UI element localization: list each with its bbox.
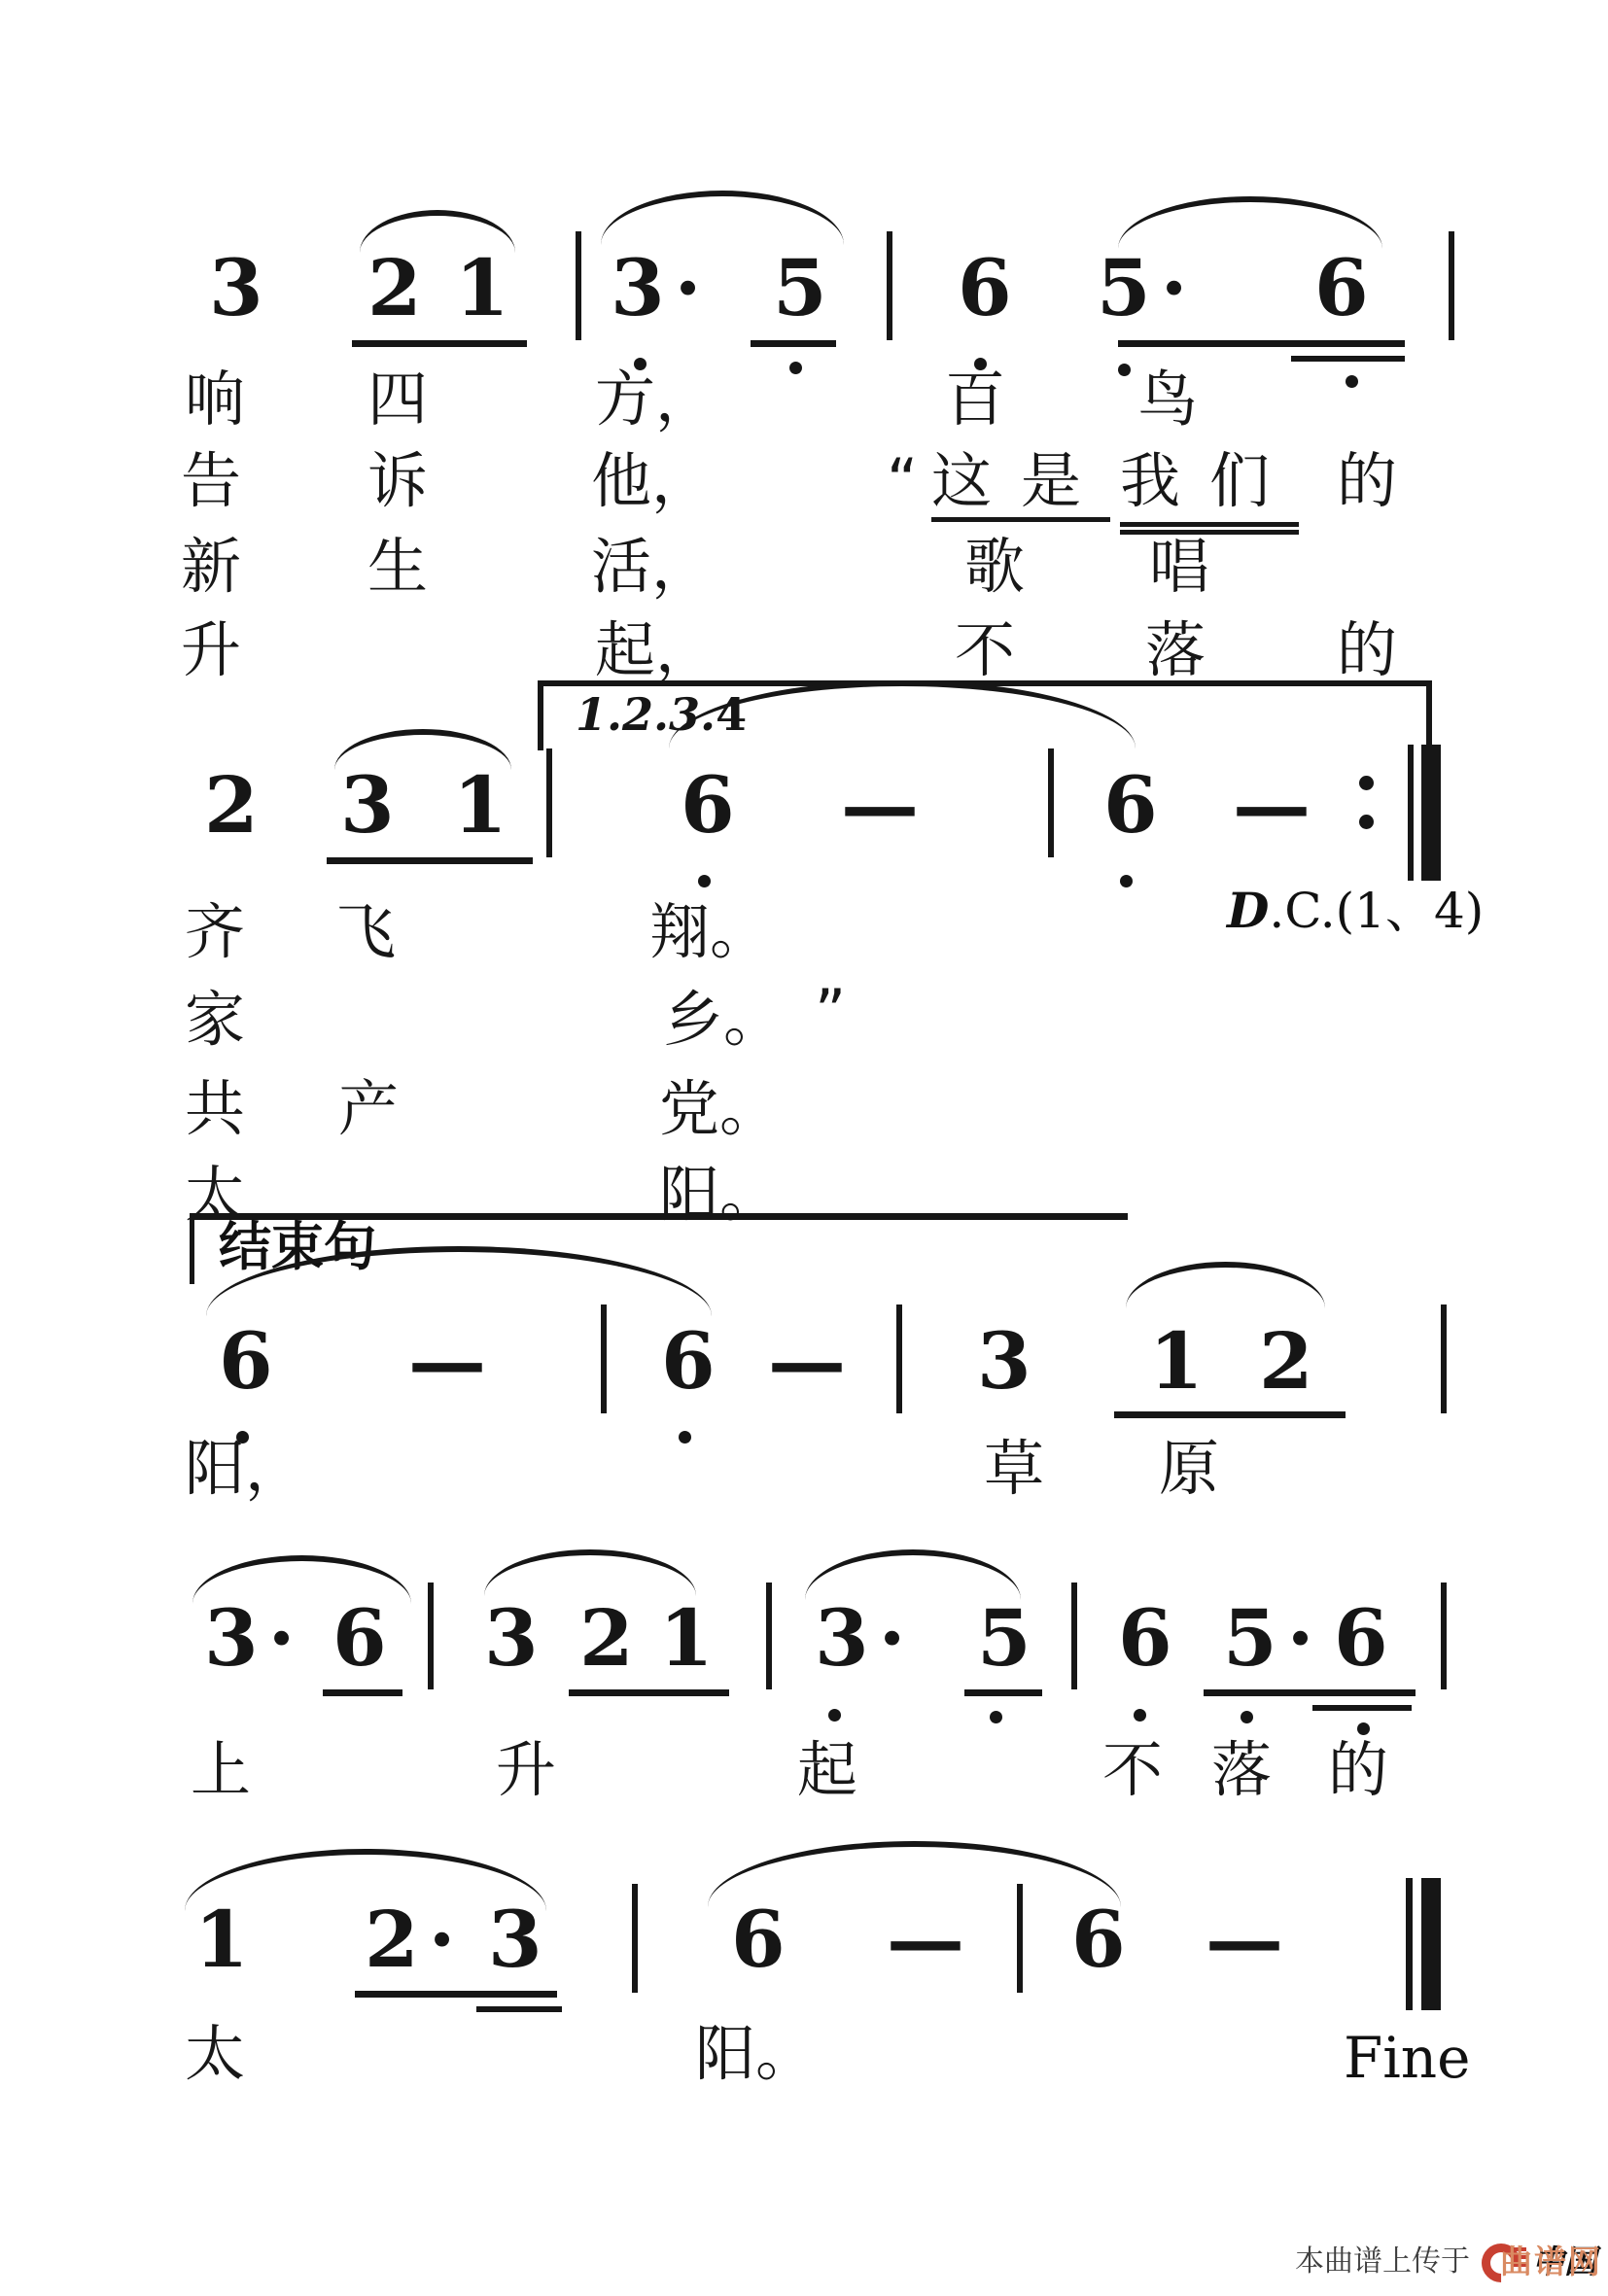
note-dash: — <box>1206 1900 1293 1978</box>
watermark-text: 本曲谱上传于 <box>1295 2247 1470 2277</box>
note-digit: 2 <box>1259 1322 1323 1400</box>
note-digit: 5 <box>773 249 837 327</box>
slur <box>805 1549 1021 1600</box>
lyric-char: 告 <box>181 451 241 511</box>
slur <box>360 210 515 253</box>
octave-dot <box>679 1431 691 1444</box>
note-digit: 2· <box>365 1900 466 1978</box>
lyric-char: 方， <box>595 369 716 430</box>
note-digit: 3 <box>488 1900 552 1978</box>
lyric-char: 上 <box>191 1740 251 1800</box>
lyric-char: 起， <box>595 620 716 680</box>
slur <box>185 1849 546 1911</box>
lyric-char: 的 <box>1337 620 1397 680</box>
lyric-char: 落 <box>1211 1740 1272 1800</box>
octave-dot <box>828 1709 841 1722</box>
sheet-music-page: 3 2 1 3· 5 6 5· 6 响 四 方， 百 鸟 告 诉 他， “ 这是… <box>0 0 1608 2296</box>
lyric-char: 四 <box>367 369 428 430</box>
note-digit: 6 <box>958 249 1022 327</box>
slur <box>334 729 511 770</box>
octave-dot <box>1134 1709 1146 1722</box>
lyric-char: 百 <box>945 369 1005 430</box>
octave-dot <box>990 1711 1002 1723</box>
slur <box>484 1549 696 1596</box>
note-dash: — <box>841 766 928 844</box>
repeat-dot <box>1359 815 1374 829</box>
lyric-char: 他， <box>591 451 712 511</box>
note-digit: 6 <box>681 766 745 844</box>
octave-dot <box>1241 1711 1253 1723</box>
lyric-char: 不 <box>955 620 1015 680</box>
lyric-char: 生 <box>367 537 428 597</box>
lyric-char: 原 <box>1159 1439 1219 1499</box>
note-digit: 6 <box>1103 766 1168 844</box>
slur <box>1118 196 1382 249</box>
lyric-char: 鸟 <box>1137 369 1198 430</box>
watermark-site: 曲谱网 <box>1500 2245 1602 2278</box>
beam-line <box>1114 1411 1346 1418</box>
lyric-char: 的 <box>1328 1740 1388 1800</box>
lyric-char: 家 <box>185 990 245 1050</box>
note-digit: 6 <box>1334 1599 1398 1677</box>
dc-rest: .C.(1、4) <box>1269 883 1484 939</box>
note-digit: 6 <box>661 1322 725 1400</box>
beam-line <box>355 1991 557 1998</box>
barline <box>1441 1583 1447 1689</box>
note-digit: 1 <box>453 766 517 844</box>
beam-line <box>569 1689 729 1696</box>
lyric-underlined-group: 这是 <box>931 451 1110 522</box>
lyric-char: 响 <box>185 369 245 430</box>
barline <box>546 748 552 857</box>
slur <box>708 1841 1121 1907</box>
lyric-char: 唱 <box>1149 537 1209 597</box>
beam-line <box>1204 1689 1416 1696</box>
note-dash: — <box>768 1322 856 1400</box>
final-thin-bar <box>1406 1878 1413 2010</box>
beam-line <box>352 340 527 347</box>
barline <box>887 231 892 340</box>
beam-line <box>1312 1705 1412 1711</box>
lyric-char: 党。 <box>659 1079 780 1139</box>
lyric-char: 升 <box>181 620 241 680</box>
note-digit: 2 <box>579 1599 644 1677</box>
barline <box>601 1305 607 1413</box>
note-digit: 3· <box>611 249 712 327</box>
note-digit: 3· <box>815 1599 916 1677</box>
lyric-char: 落 <box>1145 620 1206 680</box>
repeat-thick-bar <box>1421 745 1441 881</box>
beam-line <box>323 1689 402 1696</box>
lyric-char: 产 <box>338 1079 399 1139</box>
octave-dot <box>1120 875 1133 887</box>
note-dash: — <box>408 1322 496 1400</box>
barline <box>896 1305 902 1413</box>
barline <box>632 1884 638 1993</box>
beam-line <box>751 340 836 347</box>
repeat-thin-bar <box>1408 745 1414 881</box>
lyric-char: 阳。 <box>695 2024 816 2084</box>
lyric-char: 不 <box>1102 1740 1163 1800</box>
note-dash: — <box>887 1900 974 1978</box>
octave-dot <box>1118 364 1131 376</box>
lyric-char: 飞 <box>335 902 396 962</box>
dc-marking: D.C.(1、4) <box>1227 887 1484 935</box>
fine-marking: Fine <box>1344 2030 1470 2086</box>
lyric-char: 翔。 <box>649 902 770 962</box>
beam-line <box>327 857 533 864</box>
note-dash: — <box>1233 766 1320 844</box>
octave-dot <box>1346 375 1358 388</box>
lyric-char: 新 <box>181 537 241 597</box>
note-digit: 2 <box>204 766 268 844</box>
slur <box>601 191 844 245</box>
barline <box>576 231 581 340</box>
note-digit: 1 <box>659 1599 723 1677</box>
note-digit: 6 <box>731 1900 795 1978</box>
note-digit: 6 <box>1071 1900 1136 1978</box>
beam-line <box>1291 356 1405 362</box>
lyric-char: 太 <box>185 2024 245 2084</box>
lyric-char: 活， <box>591 537 712 597</box>
note-digit: 6 <box>332 1599 397 1677</box>
lyric-char: 阳， <box>185 1439 305 1499</box>
note-digit: 6 <box>219 1322 283 1400</box>
note-digit: 5 <box>977 1599 1041 1677</box>
octave-dot <box>698 875 711 887</box>
lyric-char: 歌 <box>964 537 1025 597</box>
barline <box>1441 1305 1447 1413</box>
note-digit: 3 <box>340 766 404 844</box>
lyric-double-underlined-group: 我们 <box>1120 445 1299 527</box>
note-digit: 5· <box>1097 249 1198 327</box>
note-digit: 1 <box>455 249 519 327</box>
note-digit: 3 <box>977 1322 1041 1400</box>
lyric-char: 草 <box>984 1439 1044 1499</box>
beam-line <box>1118 340 1405 347</box>
note-digit: 1 <box>1149 1322 1213 1400</box>
note-digit: 6 <box>1118 1599 1182 1677</box>
lyric-char: 乡。 <box>663 990 784 1050</box>
note-digit: 1 <box>194 1900 259 1978</box>
barline <box>428 1583 434 1689</box>
repeat-dot <box>1359 776 1374 790</box>
lyric-quote-open: “ <box>887 451 918 511</box>
dc-letter: D <box>1227 882 1269 939</box>
lyric-char: 共 <box>185 1079 245 1139</box>
beam-line <box>964 1689 1042 1696</box>
slur <box>1126 1262 1325 1308</box>
barline <box>1048 748 1054 857</box>
note-digit: 5· <box>1223 1599 1324 1677</box>
slur <box>192 1555 411 1604</box>
barline <box>1449 231 1454 340</box>
lyric-char: 起 <box>797 1740 857 1800</box>
note-digit: 3 <box>209 249 273 327</box>
note-digit: 3· <box>204 1599 305 1677</box>
barline <box>1071 1583 1077 1689</box>
final-thick-bar <box>1421 1878 1441 2010</box>
barline <box>766 1583 772 1689</box>
octave-dot <box>789 362 802 374</box>
note-digit: 6 <box>1314 249 1379 327</box>
lyric-char: 诉 <box>367 451 428 511</box>
lyric-char: 的 <box>1337 451 1397 511</box>
note-digit: 2 <box>367 249 432 327</box>
lyric-char: 齐 <box>185 902 245 962</box>
lyric-char: 升 <box>496 1740 556 1800</box>
lyric-quote-close: ” <box>815 982 846 1042</box>
note-digit: 3 <box>484 1599 548 1677</box>
beam-line <box>476 2006 562 2012</box>
